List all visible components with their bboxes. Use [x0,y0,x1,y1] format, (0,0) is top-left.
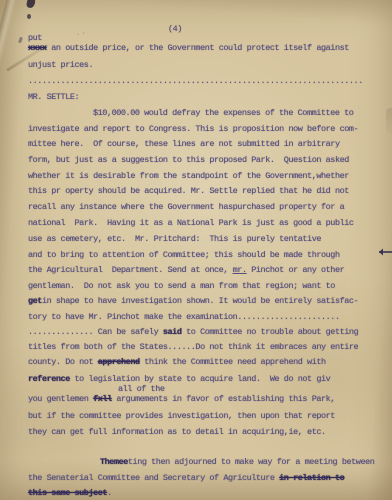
text-line: they can get full information as to deta… [28,427,326,438]
text-run: mr. [233,265,247,275]
text-run: you gentlemen [28,394,93,404]
text-line: .............. Can be safely said to Com… [28,327,358,338]
text-run: (4) [168,24,182,34]
text-line: mittee here. Of course, these lines are … [28,139,340,150]
text-run: unjust prices. [28,60,93,70]
text-run: the Agricultural Department. Send at onc… [28,265,233,275]
text-run: but if the committee provides investigat… [28,411,335,421]
text-line: getin shape to have investigation shown.… [28,296,358,307]
struck-text: in relation to [279,473,344,483]
text-line: but if the committee provides investigat… [28,411,335,422]
text-line: whether it is desirable from the standpo… [28,171,349,182]
text-run: ........................................… [28,76,363,86]
text-line: tory to have Mr. Pinchot make the examin… [28,312,340,323]
text-run: use as cemetery, etc. Mr. Pritchard: Thi… [28,234,321,244]
text-run: Pinchot or any other [247,265,345,275]
text-run: investigate and report to Congress. This… [28,124,358,134]
text-run: put [28,33,42,43]
typewritten-page: .· (4)putxxxx an outside price, or the G… [0,0,392,500]
text-run: and to bring to attention of Committee; … [28,250,340,260]
text-run: national Park. Having it as a National P… [28,218,354,228]
text-run: recall any instance where the Government… [28,202,344,212]
text-line: gentleman. Do not ask you to send a man … [28,281,335,292]
paper-crease [0,0,18,109]
text-run: argumements in favor of establishing thi… [112,394,335,404]
text-run: this pr operty should be acquired. Mr. S… [28,186,349,196]
ink-blob-mark [26,0,36,9]
pen-tick-mark [18,37,23,44]
text-run: form, but just as a suggestion to this p… [28,155,349,165]
text-line: county. Do not apprehend think the Commi… [28,357,326,368]
text-line: Themeeting then adjourned to make way fo… [100,457,374,468]
overstruck-text: said [163,327,182,337]
text-run: ting then adjourned to make way for a me… [128,457,375,467]
overstruck-text: get [28,296,42,306]
text-line: $10,000.00 would defray the expenses of … [93,108,353,119]
text-line: unjust prices. [28,60,93,71]
text-run: in shape to have investigation shown. It… [42,296,358,306]
text-run: $10,000.00 would defray the expenses of … [93,108,353,118]
text-line: investigate and report to Congress. This… [28,124,358,135]
overstruck-text: reference [28,374,70,384]
text-line: national Park. Having it as a National P… [28,218,354,229]
pencil-smudge-mark: .· [76,30,88,34]
struck-text: apprehend [98,357,140,367]
text-line: the Agricultural Department. Send at onc… [28,265,344,276]
text-run: county. Do not [28,357,98,367]
text-run: whether it is desirable from the standpo… [28,171,349,181]
ink-dot-mark [27,14,31,19]
text-line: form, but just as a suggestion to this p… [28,155,349,166]
text-run: to legislation by state to acquire land.… [70,374,330,384]
left-arrow-icon [378,247,392,257]
overstruck-text: Themee [100,457,128,467]
text-run: tory to have Mr. Pinchot make the examin… [28,312,340,322]
text-line: this pr operty should be acquired. Mr. S… [28,186,349,197]
text-run: they can get full information as to deta… [28,427,326,437]
text-line: and to bring to attention of Committee; … [28,250,340,261]
text-line: MR. SETTLE: [28,92,79,103]
text-run: gentleman. Do not ask you to send a man … [28,281,335,291]
struck-text: xxxx [28,43,47,53]
text-run: .............. Can be safely [28,327,163,337]
text-run: MR. SETTLE: [28,92,79,102]
text-run: . [107,488,112,498]
text-line: use as cemetery, etc. Mr. Pritchard: Thi… [28,234,321,245]
text-run: the Senaterial Committee and Secretary o… [28,473,279,483]
text-line: titles from both of the States......Do n… [28,342,358,353]
text-line: reference to legislation by state to acq… [28,374,330,385]
text-run: mittee here. Of course, these lines are … [28,139,340,149]
text-run: titles from both of the States......Do n… [28,342,358,352]
text-run: an outside price, or the Government coul… [47,43,349,53]
text-run: all of the [118,384,165,394]
text-line: this same subject. [28,488,112,499]
text-line: recall any instance where the Government… [28,202,344,213]
text-line: (4) [168,24,182,35]
text-line: you gentlemen fxll argumements in favor … [28,394,335,405]
text-line: ........................................… [28,76,363,87]
text-run: think the Committee need apprehend with [140,357,326,367]
struck-text: fxll [93,394,112,404]
text-run: to Committee no trouble about getting [181,327,358,337]
struck-text: this same subject [28,488,107,498]
text-line: xxxx an outside price, or the Government… [28,43,349,54]
text-line: the Senaterial Committee and Secretary o… [28,473,344,484]
edge-stain [386,108,392,134]
